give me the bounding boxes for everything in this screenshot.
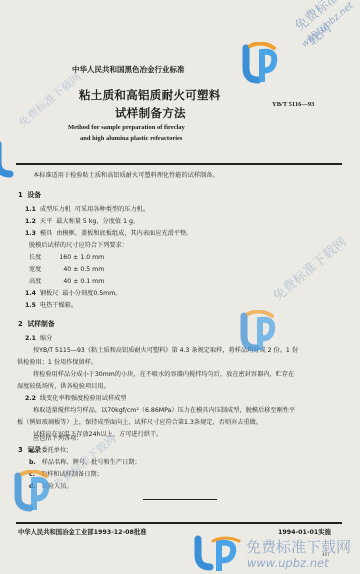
scope-statement: 本标准适用于检验粘土质和高铝质耐火可塑料理化性能的试样制备。	[33, 172, 219, 180]
end-of-text-rule	[143, 499, 217, 500]
list-item: d. 试验人员。	[29, 483, 73, 491]
title-cn-line2: 试样制备方法	[115, 105, 186, 121]
dimension-value: 40 ± 0.5 mm	[63, 266, 104, 273]
item-1-3: 1.3 模具 由模框、盖板和底板组成，其内表面应光滑平整。	[25, 230, 192, 238]
section-number: 2	[18, 320, 23, 328]
dimension-note: 脱模后试样的尺寸应符合下列要求：	[29, 242, 128, 250]
item-1-2: 1.2 天平 最大称量 5 kg，分度值 1 g。	[25, 218, 139, 226]
paragraph-line: 将检验用样品分成小于30mm的小块，在不吸水的容器内搅拌均匀后，放在密封容器内，…	[33, 371, 294, 379]
dimension-value: 40 ± 0.1 mm	[63, 278, 104, 285]
dimension-width: 宽度40 ± 0.5 mm	[29, 266, 104, 274]
item-text: 最小分刻度0.5mm。	[62, 290, 121, 297]
section-2-heading: 2 试样制备	[18, 318, 55, 328]
list-marker: a.	[29, 447, 36, 454]
approval-date: 中华人民共和国冶金工业部1993-12-08批准	[18, 527, 146, 536]
list-marker: d.	[29, 483, 36, 490]
item-label: 钢板尺	[40, 290, 59, 297]
section-number: 3	[18, 446, 23, 454]
item-text: 由模框、盖板和底板组成，其内表面应光滑平整。	[56, 230, 192, 237]
item-number: 1.2	[25, 218, 36, 225]
section-title: 设备	[27, 191, 41, 199]
watermark-logo-left	[0, 140, 24, 184]
title-en-line1: Method for sample preparation of firecla…	[68, 124, 185, 131]
item-label: 电热干燥箱。	[40, 302, 77, 309]
item-1-4: 1.4 钢板尺 最小分刻度0.5mm。	[25, 290, 121, 298]
item-label: 模具	[40, 230, 52, 237]
subsection-title: 缩分	[40, 335, 52, 342]
subsection-2-2-heading: 2.2 线变化率和强度检验用试样成型	[25, 395, 127, 403]
list-text: 委托单位；	[41, 447, 72, 454]
list-lead-text: 应包括下列各项：	[33, 435, 83, 443]
list-marker: c.	[29, 471, 35, 478]
item-number: 1.5	[25, 302, 36, 309]
item-number: 1.4	[25, 290, 36, 297]
subsection-number: 2.2	[25, 395, 36, 402]
item-label: 成型压力机	[40, 206, 71, 213]
item-1-5: 1.5 电热干燥箱。	[25, 302, 77, 310]
item-label: 天平	[40, 218, 52, 225]
section-title: 试样制备	[27, 320, 54, 328]
subsection-number: 2.1	[25, 335, 36, 342]
page-number: 407	[322, 552, 330, 557]
list-text: 样品名称、牌号、批号和生产日期；	[42, 459, 141, 466]
watermark-text-cn: 免费标准下载网	[246, 536, 351, 557]
dimension-name: 长度	[29, 254, 41, 261]
dimension-height: 高度40 ± 0.1 mm	[29, 278, 104, 286]
dimension-value: 160 ± 1.0 mm	[59, 254, 104, 261]
list-text: 取样和试样制备日期；	[41, 471, 103, 478]
watermark-text-cn: 免费标准下载网	[290, 0, 360, 49]
dimension-name: 高度	[29, 278, 41, 285]
list-item: b. 样品名称、牌号、批号和生产日期；	[29, 459, 141, 467]
paragraph-line: 按YB/T 5115—93《粘土质和高铝质耐火可塑料》第 4.3 条规定取样，将…	[33, 347, 298, 355]
watermark-logo-top-right	[240, 42, 280, 90]
item-1-1: 1.1 成型压力机 可采用各种类型的压力机。	[25, 206, 149, 214]
item-text: 可采用各种类型的压力机。	[75, 206, 149, 213]
paragraph-line: 板（例如玻璃板等）上，保持成型面向上，试样尺寸应符合第1.3条规定，否则弃去重做…	[17, 419, 262, 427]
list-item: c. 取样和试样制备日期；	[29, 471, 103, 479]
dimension-name: 宽度	[29, 266, 41, 273]
section-number: 1	[18, 191, 23, 199]
paragraph-line: 称取适量搅拌均匀样品，以70kgf/cm²（6.86MPa）压力在模具内压制成型…	[33, 407, 295, 415]
paragraph-line: 湿度较低场所，供各检验项目用。	[17, 383, 110, 391]
up-logo-icon	[193, 535, 241, 573]
section-1-heading: 1 设备	[18, 189, 41, 199]
item-number: 1.1	[25, 206, 36, 213]
implementation-date: 1994-01-01实施	[278, 527, 331, 536]
list-item: a. 委托单位；	[29, 447, 72, 455]
up-logo-icon	[240, 42, 280, 86]
document-page: 中华人民共和国黑色冶金行业标准 粘土质和高铝质耐火可塑料 试样制备方法 YB/T…	[0, 0, 360, 574]
issuer-line: 中华人民共和国黑色冶金行业标准	[72, 64, 185, 75]
up-logo-icon	[0, 140, 24, 180]
watermark-text-cn: 免费标准下载网	[268, 231, 350, 304]
paragraph-line: 供检验用；1 份用作保留样。	[17, 359, 97, 367]
subsection-2-1-heading: 2.1 缩分	[25, 335, 52, 343]
subsection-title: 线变化率和强度检验用试样成型	[40, 395, 127, 402]
standard-code: YB/T 5116—93	[272, 101, 314, 108]
watermark-text-url: www.upbz.net	[247, 556, 329, 570]
watermark-text-cn: 免费标准下载网	[15, 69, 84, 131]
item-text: 最大称量 5 kg，分度值 1 g。	[56, 218, 139, 225]
title-en-line2: and high alumina plastic refractories	[80, 135, 182, 142]
list-marker: b.	[29, 459, 36, 466]
item-number: 1.3	[25, 230, 36, 237]
footer-divider	[16, 522, 342, 524]
list-text: 试验人员。	[42, 483, 73, 490]
watermark-logo-bottom	[193, 535, 241, 574]
header-divider	[16, 163, 342, 165]
watermark-text-url: www.upbz.net	[300, 1, 355, 50]
title-cn-line1: 粘土质和高铝质耐火可塑料	[79, 87, 221, 103]
dimension-length: 长度160 ± 1.0 mm	[29, 254, 104, 262]
